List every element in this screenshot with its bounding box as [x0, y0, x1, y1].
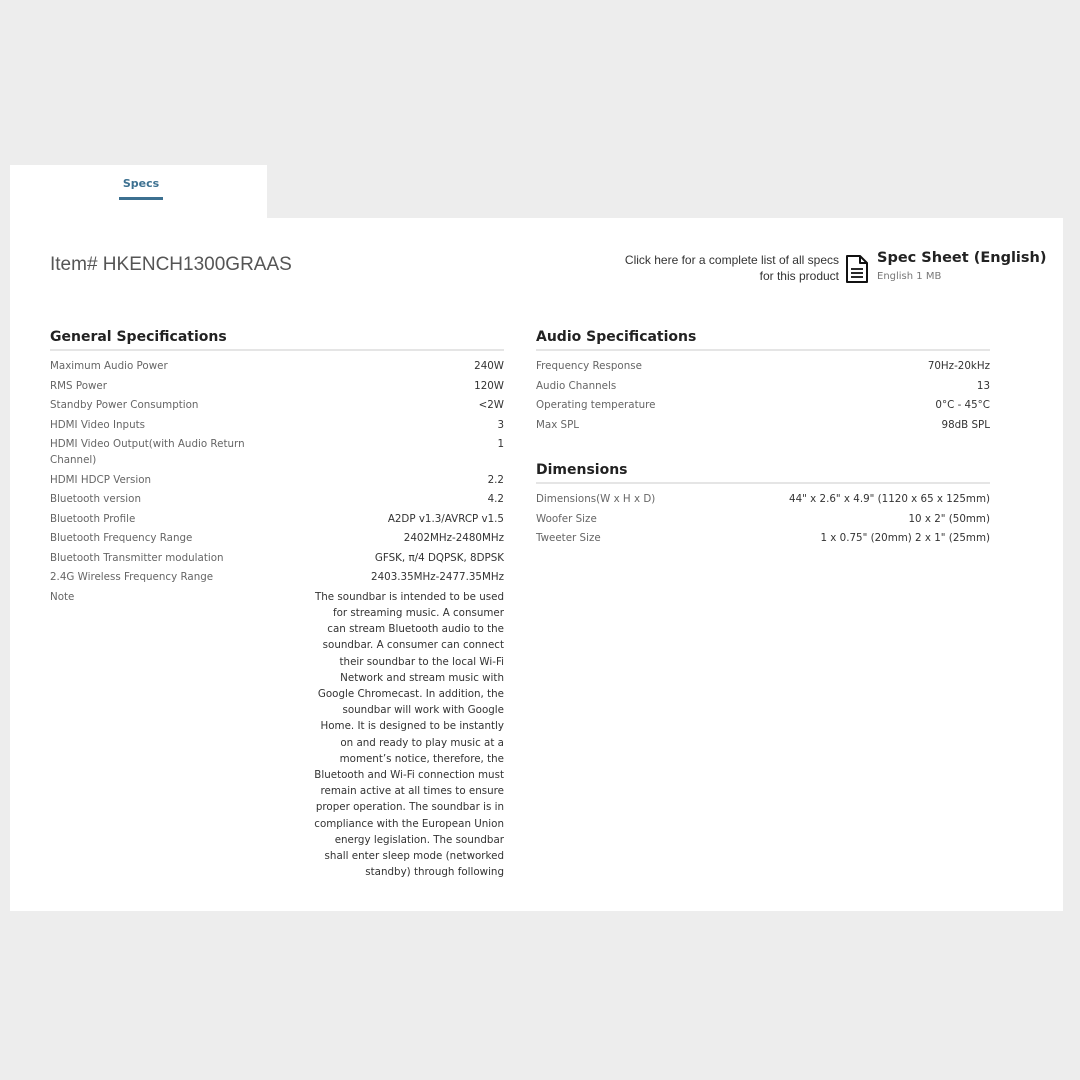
spec-label: RMS Power — [50, 378, 250, 394]
spec-sheet-hint: Click here for a complete list of all sp… — [625, 252, 839, 284]
spec-label: HDMI Video Output(with Audio Return Chan… — [50, 436, 250, 468]
spec-row: HDMI Video Output(with Audio Return Chan… — [50, 436, 504, 468]
spec-label: HDMI Video Inputs — [50, 417, 250, 433]
spec-label: Tweeter Size — [536, 530, 736, 546]
spec-row: Frequency Response70Hz-20kHz — [536, 358, 990, 374]
spec-label: Maximum Audio Power — [50, 358, 250, 374]
spec-value: <2W — [479, 397, 504, 413]
spec-value: 2.2 — [488, 472, 504, 488]
spec-value: A2DP v1.3/AVRCP v1.5 — [388, 511, 504, 527]
audio-specifications-section: Audio Specifications Frequency Response7… — [536, 329, 990, 436]
spec-row: Bluetooth ProfileA2DP v1.3/AVRCP v1.5 — [50, 511, 504, 527]
tab-specs-label: Specs — [123, 177, 159, 190]
spec-row: Dimensions(W x H x D)44" x 2.6" x 4.9" (… — [536, 491, 990, 507]
spec-row: Operating temperature0°C - 45°C — [536, 397, 990, 413]
spec-label: HDMI HDCP Version — [50, 472, 250, 488]
section-title: General Specifications — [50, 329, 504, 351]
spec-row: Audio Channels13 — [536, 378, 990, 394]
spec-value: 3 — [497, 417, 504, 433]
spec-label: Frequency Response — [536, 358, 736, 374]
spec-row: RMS Power120W — [50, 378, 504, 394]
spec-row: Woofer Size10 x 2" (50mm) — [536, 511, 990, 527]
spec-value: 0°C - 45°C — [935, 397, 990, 413]
spec-label: Note — [50, 589, 250, 605]
spec-value: 10 x 2" (50mm) — [908, 511, 990, 527]
spec-row: Bluetooth version4.2 — [50, 491, 504, 507]
spec-value: 1 — [497, 436, 504, 452]
active-tab-indicator — [119, 197, 163, 200]
spec-label: Dimensions(W x H x D) — [536, 491, 736, 507]
spec-row: HDMI Video Inputs3 — [50, 417, 504, 433]
tab-specs[interactable]: Specs — [119, 177, 163, 190]
specs-panel: Item# HKENCH1300GRAAS Click here for a c… — [10, 218, 1063, 911]
tab-strip: Specs — [10, 165, 267, 219]
spec-value: 98dB SPL — [942, 417, 990, 433]
spec-row: NoteThe soundbar is intended to be used … — [50, 589, 504, 881]
spec-value: 2403.35MHz-2477.35MHz — [371, 569, 504, 585]
spec-row: Maximum Audio Power240W — [50, 358, 504, 374]
item-number-title: Item# HKENCH1300GRAAS — [50, 254, 292, 276]
spec-value: GFSK, π/4 DQPSK, 8DPSK — [375, 550, 504, 566]
spec-value: 13 — [977, 378, 990, 394]
spec-row: 2.4G Wireless Frequency Range2403.35MHz-… — [50, 569, 504, 585]
spec-value: The soundbar is intended to be used for … — [314, 589, 504, 881]
spec-value: 4.2 — [488, 491, 504, 507]
spec-sheet-meta: English 1 MB — [877, 271, 941, 282]
spec-label: Max SPL — [536, 417, 736, 433]
spec-value: 44" x 2.6" x 4.9" (1120 x 65 x 125mm) — [789, 491, 990, 507]
section-title: Dimensions — [536, 462, 990, 484]
spec-row: Max SPL98dB SPL — [536, 417, 990, 433]
section-title: Audio Specifications — [536, 329, 990, 351]
spec-value: 70Hz-20kHz — [928, 358, 990, 374]
spec-label: Bluetooth Transmitter modulation — [50, 550, 250, 566]
spec-label: 2.4G Wireless Frequency Range — [50, 569, 250, 585]
spec-row: Tweeter Size1 x 0.75" (20mm) 2 x 1" (25m… — [536, 530, 990, 546]
spec-label: Bluetooth Frequency Range — [50, 530, 250, 546]
spec-value: 120W — [474, 378, 504, 394]
spec-sheet-link[interactable]: Spec Sheet (English) — [877, 250, 1046, 266]
dimensions-section: Dimensions Dimensions(W x H x D)44" x 2.… — [536, 462, 990, 550]
spec-label: Bluetooth version — [50, 491, 250, 507]
spec-value: 2402MHz-2480MHz — [404, 530, 504, 546]
document-icon[interactable] — [845, 254, 869, 284]
spec-value: 1 x 0.75" (20mm) 2 x 1" (25mm) — [820, 530, 990, 546]
spec-label: Audio Channels — [536, 378, 736, 394]
spec-row: Bluetooth Transmitter modulationGFSK, π/… — [50, 550, 504, 566]
general-specifications-section: General Specifications Maximum Audio Pow… — [50, 329, 504, 884]
spec-value: 240W — [474, 358, 504, 374]
spec-row: HDMI HDCP Version2.2 — [50, 472, 504, 488]
spec-sheet-hint-line2: for this product — [625, 268, 839, 284]
spec-sheet-hint-line1: Click here for a complete list of all sp… — [625, 252, 839, 268]
spec-label: Operating temperature — [536, 397, 736, 413]
spec-label: Woofer Size — [536, 511, 736, 527]
spec-row: Standby Power Consumption<2W — [50, 397, 504, 413]
spec-row: Bluetooth Frequency Range2402MHz-2480MHz — [50, 530, 504, 546]
spec-label: Standby Power Consumption — [50, 397, 250, 413]
spec-label: Bluetooth Profile — [50, 511, 250, 527]
